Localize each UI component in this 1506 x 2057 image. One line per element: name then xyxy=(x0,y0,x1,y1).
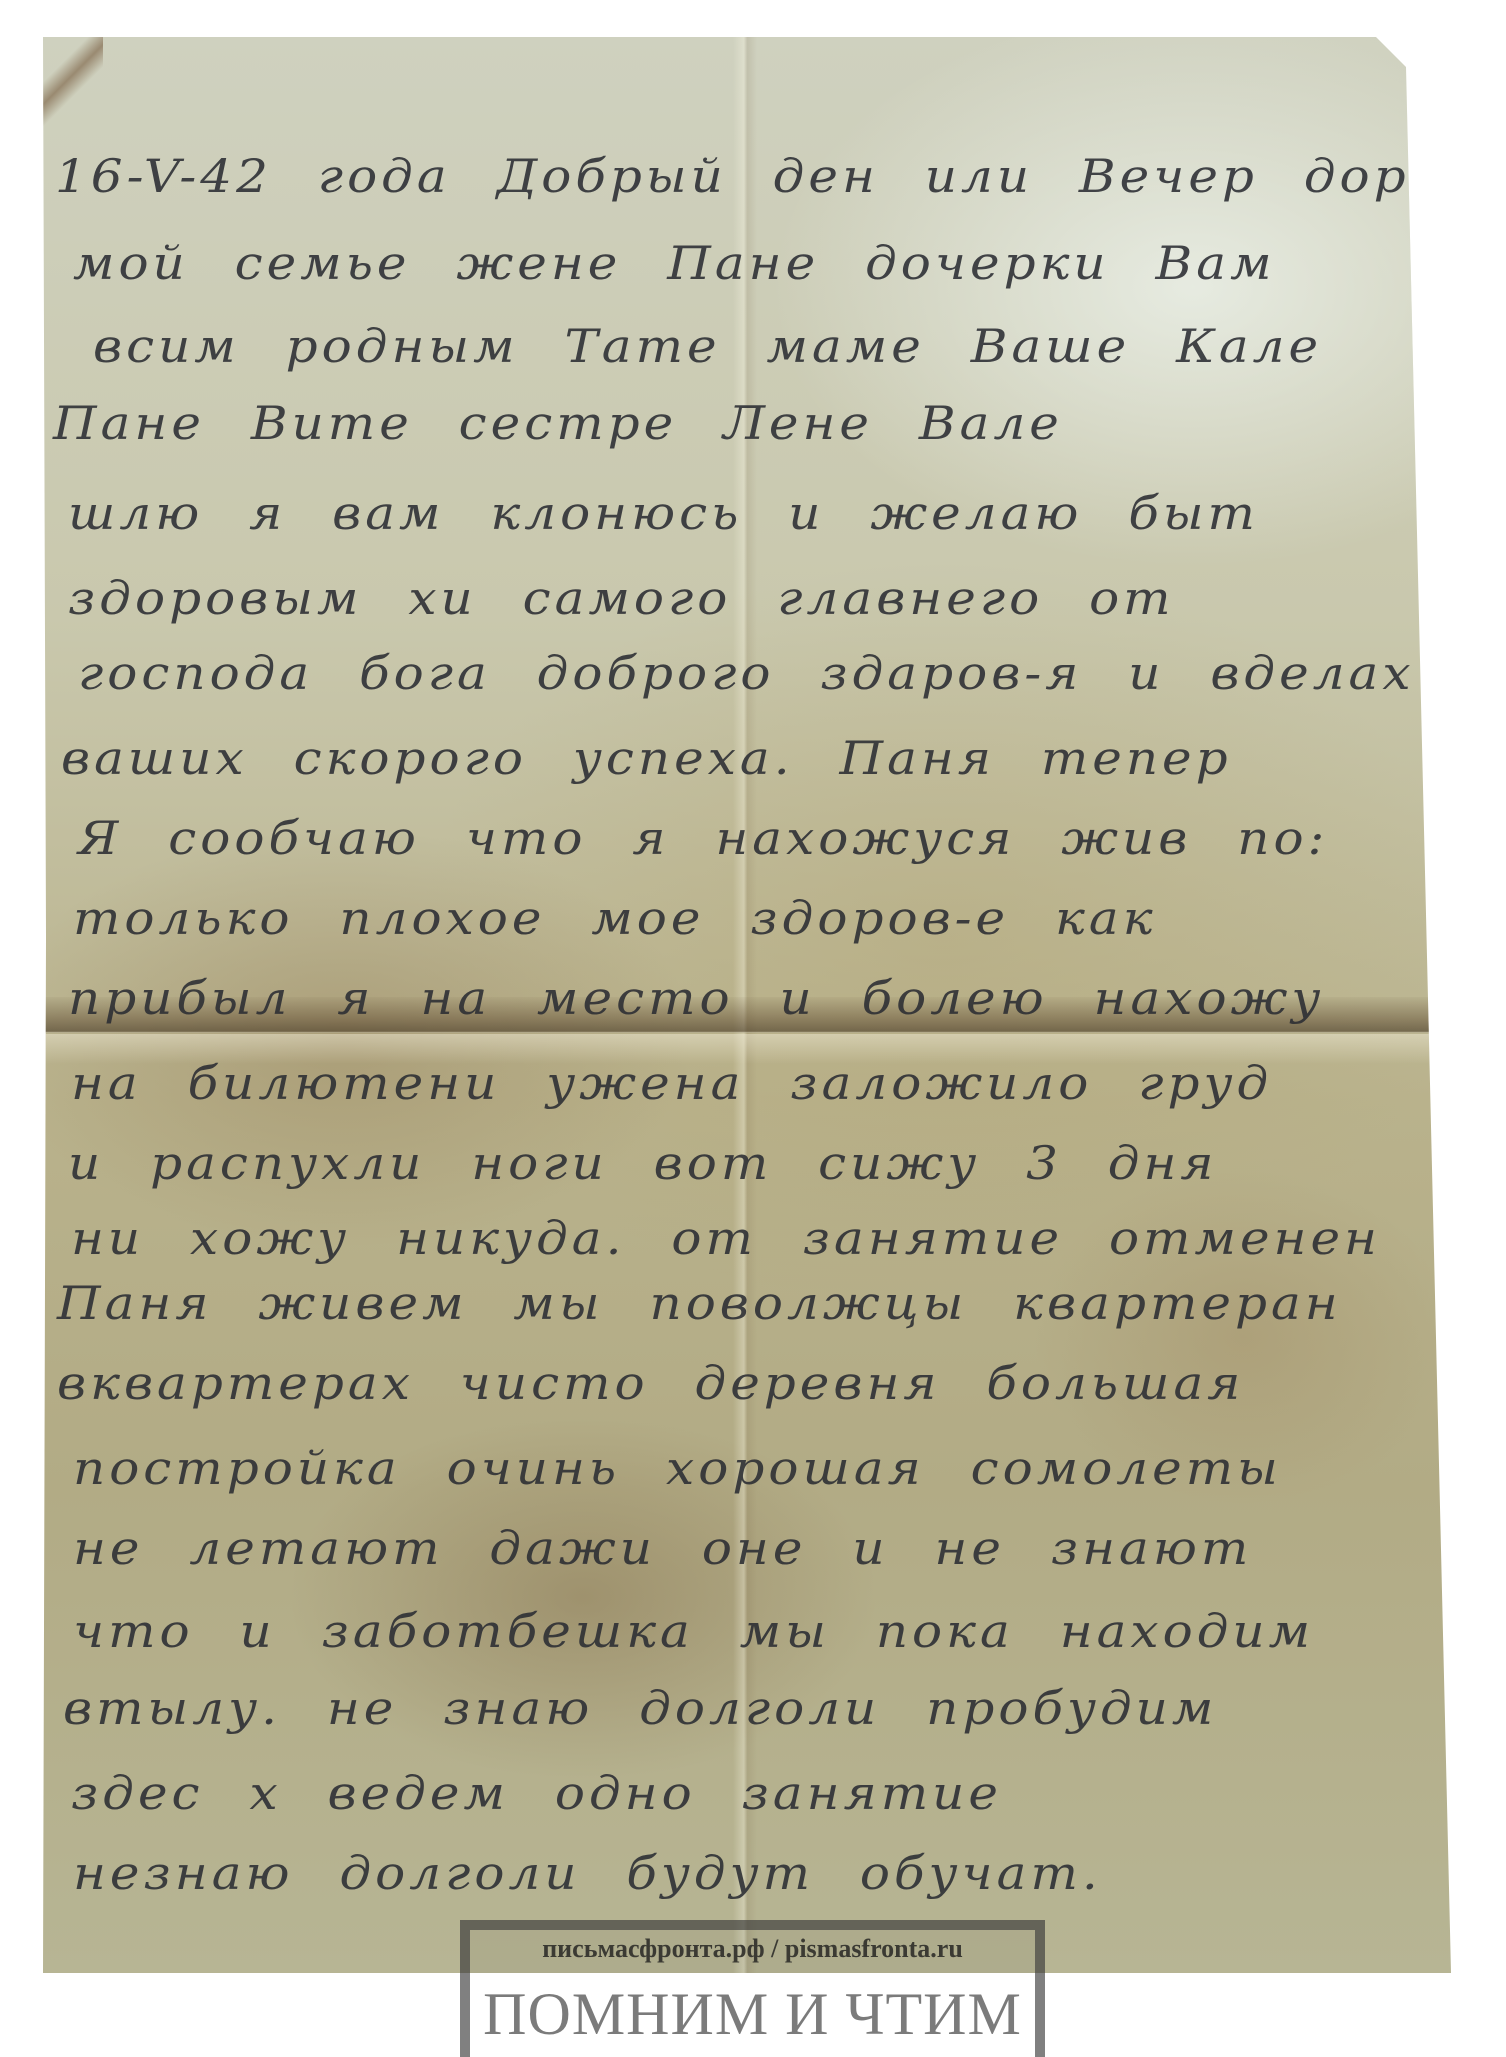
watermark-stamp: письмасфронта.рф / pismasfronta.ru ПОМНИ… xyxy=(460,1920,1045,2057)
letter-line: господа бога доброго здаров-я и вделах xyxy=(78,647,1415,700)
letter-line: втылу. не знаю долголи пробудим xyxy=(63,1682,1217,1735)
letter-line: незнаю долголи будут обучат. xyxy=(73,1847,1102,1900)
letter-line: постройка очинь хорошая сомолеты xyxy=(73,1442,1282,1495)
letter-line: здес х ведем одно занятие xyxy=(71,1767,1002,1820)
letter-line: вквартерах чисто деревня большая xyxy=(57,1357,1244,1410)
watermark-url: письмасфронта.рф / pismasfronta.ru xyxy=(460,1934,1045,1964)
letter-line: мой семье жене Пане дочерки Вам xyxy=(73,237,1276,290)
letter-line: и распухли ноги вот сижу 3 дня xyxy=(68,1137,1218,1190)
watermark-title: ПОМНИМ И ЧТИМ xyxy=(460,1980,1045,2049)
letter-line: прибыл я на место и болею нахожу xyxy=(68,972,1324,1025)
letter-line: не летают дажи оне и не знают xyxy=(73,1522,1252,1575)
letter-line: шлю я вам клонюсь и желаю быт xyxy=(68,487,1259,540)
letter-line: здоровым хи самого главнего от xyxy=(68,572,1175,625)
letter-line: всим родным Тате маме Ваше Кале xyxy=(93,320,1322,373)
letter-line: Пане Вите сестре Лене Вале xyxy=(53,397,1063,450)
letter-line: ваших скорого успеха. Паня тепер xyxy=(61,732,1232,785)
letter-line: на билютени ужена заложило груд xyxy=(71,1057,1272,1110)
letter-line: Я сообчаю что я нахожуся жив по: xyxy=(78,812,1328,865)
paper-stain xyxy=(43,37,103,127)
letter-paper: 16-V-42 года Добрый ден или Вечер дороги… xyxy=(43,37,1451,1973)
letter-line: только плохое мое здоров-е как xyxy=(73,892,1157,945)
letter-line: 16-V-42 года Добрый ден или Вечер дороги xyxy=(55,150,1506,203)
letter-line: ни хожу никуда. от занятие отменен xyxy=(71,1212,1381,1265)
letter-line: что и заботбешка мы пока находим xyxy=(73,1605,1314,1658)
letter-line: Паня живем мы поволжцы квартеран xyxy=(57,1277,1342,1330)
